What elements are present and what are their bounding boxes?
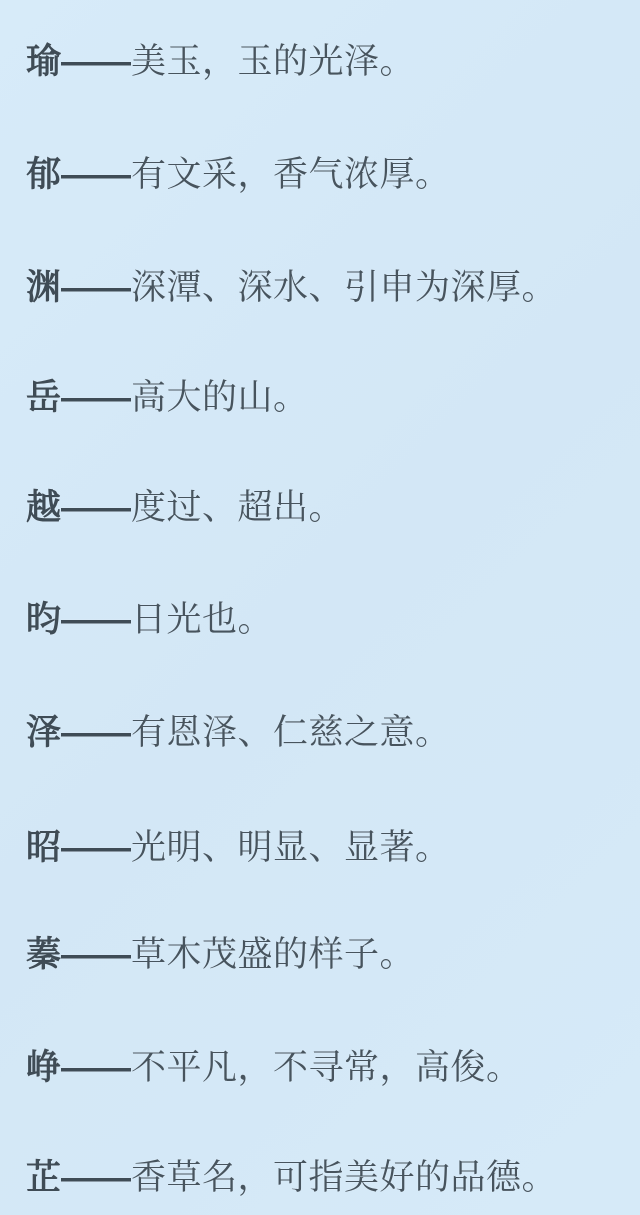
dash-separator: ——	[61, 42, 131, 81]
meaning-text: 日光也。	[131, 600, 273, 639]
head-character: 渊	[26, 268, 61, 307]
list-item: 瑜——美玉，玉的光泽。	[26, 41, 415, 83]
meaning-text: 光明、明显、显著。	[131, 828, 451, 867]
list-item: 泽——有恩泽、仁慈之意。	[26, 712, 451, 754]
dash-separator: ——	[61, 488, 131, 527]
dash-separator: ——	[61, 600, 131, 639]
list-item: 昀——日光也。	[26, 599, 273, 641]
list-item: 芷——香草名，可指美好的品德。	[26, 1157, 557, 1199]
meaning-text: 有恩泽、仁慈之意。	[131, 713, 451, 752]
head-character: 泽	[26, 713, 61, 752]
list-item: 渊——深潭、深水、引申为深厚。	[26, 267, 557, 309]
meaning-text: 美玉，玉的光泽。	[131, 42, 415, 81]
list-item: 郁——有文采，香气浓厚。	[26, 154, 451, 196]
list-item: 越——度过、超出。	[26, 487, 344, 529]
dash-separator: ——	[61, 378, 131, 417]
dash-separator: ——	[61, 713, 131, 752]
dash-separator: ——	[61, 935, 131, 974]
head-character: 蓁	[26, 935, 61, 974]
meaning-text: 度过、超出。	[131, 488, 344, 527]
dash-separator: ——	[61, 268, 131, 307]
list-item: 蓁——草木茂盛的样子。	[26, 934, 415, 976]
meaning-text: 草木茂盛的样子。	[131, 935, 415, 974]
meaning-text: 深潭、深水、引申为深厚。	[131, 268, 557, 307]
list-item: 峥——不平凡，不寻常，高俊。	[26, 1047, 522, 1089]
head-character: 瑜	[26, 42, 61, 81]
meaning-text: 有文采，香气浓厚。	[131, 155, 451, 194]
head-character: 芷	[26, 1158, 61, 1197]
meaning-text: 香草名，可指美好的品德。	[131, 1158, 557, 1197]
name-character-meaning-list: 瑜——美玉，玉的光泽。 郁——有文采，香气浓厚。 渊——深潭、深水、引申为深厚。…	[0, 0, 640, 1215]
head-character: 昭	[26, 828, 61, 867]
list-item: 岳——高大的山。	[26, 377, 309, 419]
dash-separator: ——	[61, 155, 131, 194]
dash-separator: ——	[61, 1048, 131, 1087]
list-item: 昭——光明、明显、显著。	[26, 827, 451, 869]
head-character: 越	[26, 488, 61, 527]
meaning-text: 不平凡，不寻常，高俊。	[131, 1048, 522, 1087]
dash-separator: ——	[61, 828, 131, 867]
head-character: 郁	[26, 155, 61, 194]
dash-separator: ——	[61, 1158, 131, 1197]
meaning-text: 高大的山。	[131, 378, 309, 417]
head-character: 峥	[26, 1048, 61, 1087]
head-character: 岳	[26, 378, 61, 417]
head-character: 昀	[26, 600, 61, 639]
